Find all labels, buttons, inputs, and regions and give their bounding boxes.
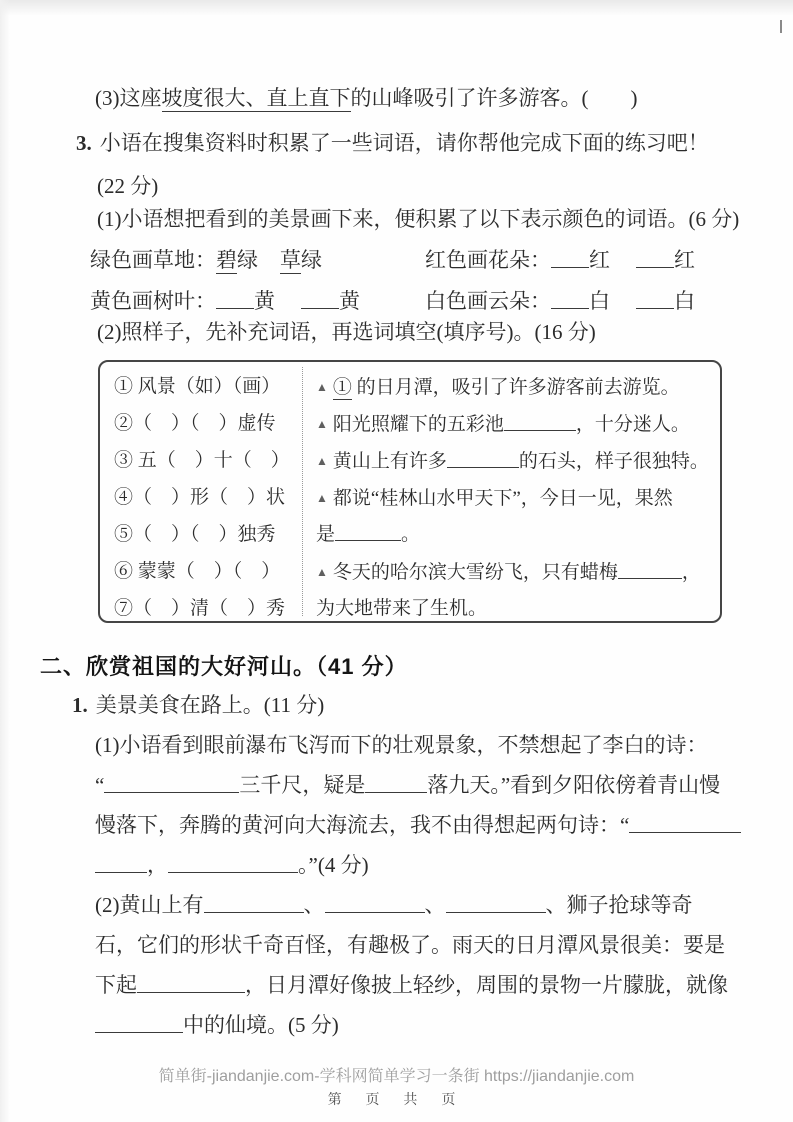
q1-1-line-2-end: 落九天。”看到夕阳依傍着青山慢 xyxy=(427,773,720,797)
red-char-2: 红 xyxy=(674,248,695,272)
color-row-green: 绿色画草地：碧绿草绿 xyxy=(90,246,322,274)
sentence-4-pre: 是 xyxy=(316,524,335,545)
sentence-5-pre: 冬天的哈尔滨大雪纷飞，只有蜡梅 xyxy=(333,562,618,583)
sentence-4-text: 都说“桂林山水甲天下”，今日一见，果然 xyxy=(333,488,673,509)
list-separator: 、 xyxy=(425,893,446,917)
fill-blank xyxy=(325,907,425,913)
word-fill-box: ① 风景（如）（画） ②（ ）（ ）虚传 ③ 五（ ）十（ ） ④（ ）形（ ）… xyxy=(98,360,722,623)
q1-2-line-1-pre: (2)黄山上有 xyxy=(95,893,204,917)
fill-blank xyxy=(95,1027,183,1033)
sentence-5-post: ， xyxy=(682,562,701,583)
question-2-item-3: (3)这座坡度很大、直上直下的山峰吸引了许多游客。( ) xyxy=(95,84,638,112)
fill-blank xyxy=(447,462,519,468)
fill-blank xyxy=(301,303,339,309)
sentence-2-post: ，十分迷人。 xyxy=(576,414,690,435)
fill-blank xyxy=(365,787,427,793)
fill-blank xyxy=(551,262,589,268)
word-item-4: ④（ ）形（ ）状 xyxy=(114,485,285,511)
q1-2-line-4: 中的仙境。(5 分) xyxy=(95,1011,339,1039)
fill-blank xyxy=(636,262,674,268)
q1-2-line-3-end: ，日月潭好像披上轻纱，周围的景物一片朦胧，就像 xyxy=(245,973,728,997)
q1-2-line-4-end: 中的仙境。(5 分) xyxy=(183,1013,339,1037)
word-item-5: ⑤（ ）（ ）独秀 xyxy=(114,522,276,548)
q1-1-line-4-comma: ， xyxy=(147,853,168,877)
fill-blank xyxy=(137,987,245,993)
fill-blank xyxy=(216,303,254,309)
q1-1-line-4-end: 。”(4 分) xyxy=(298,853,369,877)
question-3-text: 小语在搜集资料时积累了一些词语，请你帮他完成下面的练习吧！ xyxy=(100,131,709,155)
question-1-number: 1. xyxy=(72,693,88,717)
fill-blank xyxy=(95,867,147,873)
q1-1-line-2: “三千尺，疑是落九天。”看到夕阳依傍着青山慢 xyxy=(95,771,720,799)
q1-2-line-3: 下起，日月潭好像披上轻纱，周围的景物一片朦胧，就像 xyxy=(95,971,728,999)
sentence-3: ▲黄山上有许多的石头，样子很独特。 xyxy=(316,448,709,475)
question-3-number: 3. xyxy=(76,131,92,155)
worksheet-page: (3)这座坡度很大、直上直下的山峰吸引了许多游客。( ) 3.小语在搜集资料时积… xyxy=(0,0,793,1122)
white-lead: 白色画云朵： xyxy=(425,289,551,313)
scan-edge-left xyxy=(0,0,10,1122)
fill-blank xyxy=(204,907,304,913)
word-item-6: ⑥ 蒙蒙（ ）（ ） xyxy=(114,559,280,585)
section-2-title: 二、欣赏祖国的大好河山。（41 分） xyxy=(40,650,408,681)
sentence-1: ▲① 的日月潭，吸引了许多游客前去游览。 xyxy=(316,374,680,401)
yellow-char-1: 黄 xyxy=(254,289,275,313)
sentence-3-pre: 黄山上有许多 xyxy=(333,451,447,472)
sentence-2-pre: 阳光照耀下的五彩池 xyxy=(333,414,504,435)
triangle-bullet-icon: ▲ xyxy=(316,565,328,579)
word-item-3: ③ 五（ ）十（ ） xyxy=(114,448,290,474)
item3-suffix: 的山峰吸引了许多游客。( ) xyxy=(351,86,638,110)
scan-artifact-tick xyxy=(780,20,782,33)
green-example-2-underlined: 草 xyxy=(280,248,301,274)
red-char-1: 红 xyxy=(589,248,610,272)
yellow-char-2: 黄 xyxy=(339,289,360,313)
sentence-4-line-1: ▲都说“桂林山水甲天下”，今日一见，果然 xyxy=(316,485,673,512)
triangle-bullet-icon: ▲ xyxy=(316,380,328,394)
sentence-4-post: 。 xyxy=(401,524,420,545)
sentence-2: ▲阳光照耀下的五彩池，十分迷人。 xyxy=(316,411,690,438)
sentence-1-text: 的日月潭，吸引了许多游客前去游览。 xyxy=(352,377,680,398)
q1-1-line-4: ，。”(4 分) xyxy=(95,851,369,879)
sentence-1-circled-number: ① xyxy=(333,377,352,400)
sentence-5-line-2: 为大地带来了生机。 xyxy=(316,596,487,622)
fill-blank xyxy=(618,573,682,579)
red-lead: 红色画花朵： xyxy=(425,248,551,272)
section-2-question-1: 1.美景美食在路上。(11 分) xyxy=(72,691,324,719)
fill-blank xyxy=(446,907,546,913)
list-separator: 、 xyxy=(304,893,325,917)
fill-blank xyxy=(104,787,239,793)
footer-watermark: 简单街-jiandanjie.com-学科网简单学习一条街 https://ji… xyxy=(0,1063,793,1086)
fill-blank xyxy=(636,303,674,309)
fill-blank xyxy=(551,303,589,309)
q1-1-line-3: 慢落下，奔腾的黄河向大海流去，我不由得想起两句诗：“ xyxy=(95,811,741,839)
fill-blank xyxy=(504,425,576,431)
box-column-divider xyxy=(302,367,303,616)
green-lead: 绿色画草地： xyxy=(90,248,216,272)
white-char-1: 白 xyxy=(589,289,610,313)
question-1-text: 美景美食在路上。(11 分) xyxy=(96,693,324,717)
green-example-1-underlined: 碧 xyxy=(216,248,237,274)
open-quote: “ xyxy=(95,773,104,797)
green-example-1-rest: 绿 xyxy=(237,248,258,272)
triangle-bullet-icon: ▲ xyxy=(316,454,328,468)
q1-2-line-3-pre: 下起 xyxy=(95,973,137,997)
q1-1-line-3-text: 慢落下，奔腾的黄河向大海流去，我不由得想起两句诗：“ xyxy=(95,813,629,837)
question-3-score: (22 分) xyxy=(97,172,158,200)
white-char-2: 白 xyxy=(674,289,695,313)
q1-2-line-1: (2)黄山上有、、、狮子抢球等奇 xyxy=(95,891,693,919)
word-item-1: ① 风景（如）（画） xyxy=(114,374,280,400)
footer-page-number: 第 页 共 页 xyxy=(0,1089,793,1109)
sentence-5-line-1: ▲冬天的哈尔滨大雪纷飞，只有蜡梅， xyxy=(316,559,701,586)
green-example-2-rest: 绿 xyxy=(301,248,322,272)
question-3-2-label: (2)照样子，先补充词语，再选词填空(填序号)。(16 分) xyxy=(97,318,596,346)
word-item-7: ⑦（ ）清（ ）秀 xyxy=(114,596,285,622)
fill-blank xyxy=(629,827,741,833)
color-row-white: 白色画云朵：白白 xyxy=(425,287,695,315)
sentence-4-line-2: 是。 xyxy=(316,522,420,548)
sentence-3-post: 的石头，样子很独特。 xyxy=(519,451,709,472)
q1-1-line-1: (1)小语看到眼前瀑布飞泻而下的壮观景象，不禁想起了李白的诗： xyxy=(95,731,707,759)
fill-blank xyxy=(335,535,401,541)
q1-1-line-2-mid: 三千尺，疑是 xyxy=(239,773,365,797)
color-row-yellow: 黄色画树叶：黄黄 xyxy=(90,287,360,315)
word-item-2: ②（ ）（ ）虚传 xyxy=(114,411,276,437)
triangle-bullet-icon: ▲ xyxy=(316,417,328,431)
color-row-red: 红色画花朵：红红 xyxy=(425,246,695,274)
question-3-1-label: (1)小语想把看到的美景画下来，便积累了以下表示颜色的词语。(6 分) xyxy=(97,205,739,233)
yellow-lead: 黄色画树叶： xyxy=(90,289,216,313)
item3-underlined-phrase: 坡度很大、直上直下 xyxy=(162,86,351,112)
q1-2-line-1-end: 、狮子抢球等奇 xyxy=(546,893,693,917)
fill-blank xyxy=(168,867,298,873)
triangle-bullet-icon: ▲ xyxy=(316,491,328,505)
item3-prefix: (3)这座 xyxy=(95,86,162,110)
scan-edge-top xyxy=(0,0,793,16)
q1-2-line-2: 石，它们的形状千奇百怪，有趣极了。雨天的日月潭风景很美：要是 xyxy=(95,931,725,959)
question-3-stem: 3.小语在搜集资料时积累了一些词语，请你帮他完成下面的练习吧！ xyxy=(76,129,709,157)
